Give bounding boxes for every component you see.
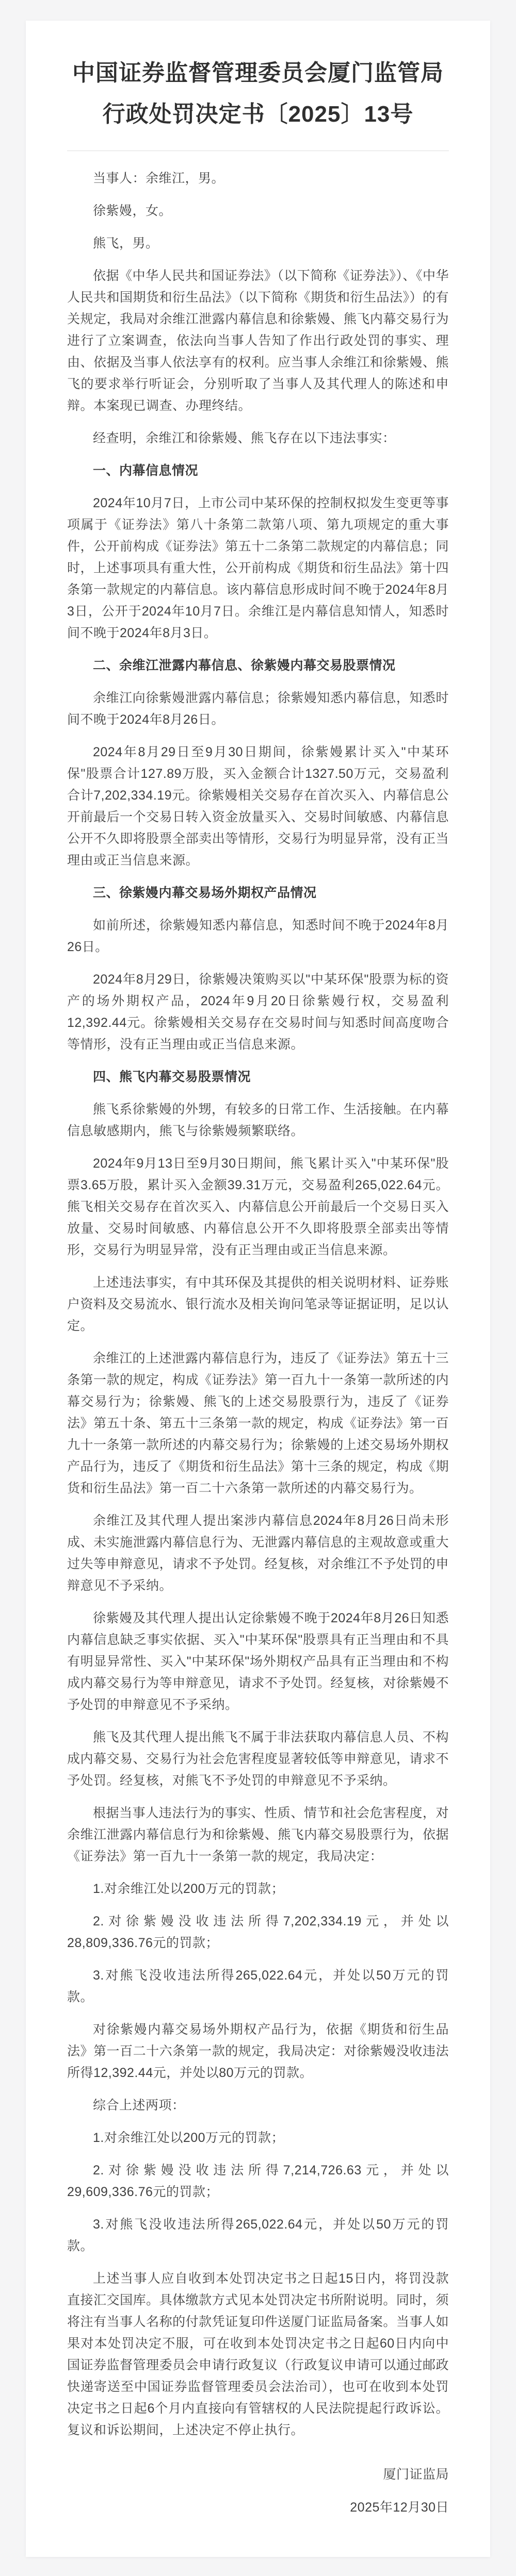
paragraph: 熊飞系徐紫嫚的外甥，有较多的日常工作、生活接触。在内幕信息敏感期内，熊飞与徐紫嫚…	[67, 1099, 449, 1142]
paragraph: 综合上述两项：	[67, 2095, 449, 2116]
paragraph: 徐紫嫚及其代理人提出认定徐紫嫚不晚于2024年8月26日知悉内幕信息缺乏事实依据…	[67, 1607, 449, 1716]
section-heading: 一、内幕信息情况	[67, 460, 449, 481]
paragraph: 对徐紫嫚内幕交易场外期权产品行为，依据《期货和衍生品法》第一百二十六条第一款的规…	[67, 2019, 449, 2084]
paragraph: 余维江的上述泄露内幕信息行为，违反了《证券法》第五十三条第一款的规定，构成《证券…	[67, 1348, 449, 1499]
section-heading: 四、熊飞内幕交易股票情况	[67, 1066, 449, 1088]
paragraph: 上述当事人应自收到本处罚决定书之日起15日内，将罚没款直接汇交国库。具体缴款方式…	[67, 2268, 449, 2441]
paragraph: 当事人：余维江，男。	[67, 168, 449, 189]
paragraph: 根据当事人违法行为的事实、性质、情节和社会危害程度，对余维江泄露内幕信息行为和徐…	[67, 1802, 449, 1867]
document-body: 当事人：余维江，男。徐紫嫚，女。熊飞，男。依据《中华人民共和国证券法》（以下简称…	[67, 168, 449, 2441]
issuer-signature: 厦门证监局	[67, 2464, 449, 2485]
paragraph: 2024年8月29日至9月30日期间，徐紫嫚累计买入"中某环保"股票合计127.…	[67, 741, 449, 871]
document-title: 中国证券监督管理委员会厦门监管局 行政处罚决定书〔2025〕13号	[67, 53, 449, 135]
paragraph: 3.对熊飞没收违法所得265,022.64元，并处以50万元的罚款。	[67, 2214, 449, 2257]
paragraph: 3.对熊飞没收违法所得265,022.64元，并处以50万元的罚款。	[67, 1965, 449, 2008]
paragraph: 余维江及其代理人提出案涉内幕信息2024年8月26日尚未形成、未实施泄露内幕信息…	[67, 1510, 449, 1597]
paragraph: 如前所述，徐紫嫚知悉内幕信息，知悉时间不晚于2024年8月26日。	[67, 915, 449, 958]
paragraph: 2024年8月29日，徐紫嫚决策购买以"中某环保"股票为标的资产的场外期权产品，…	[67, 969, 449, 1055]
document-date: 2025年12月30日	[67, 2497, 449, 2518]
paragraph: 余维江向徐紫嫚泄露内幕信息；徐紫嫚知悉内幕信息，知悉时间不晚于2024年8月26…	[67, 687, 449, 730]
paragraph: 2024年10月7日，上市公司中某环保的控制权拟发生变更等事项属于《证券法》第八…	[67, 492, 449, 644]
section-heading: 三、徐紫嫚内幕交易场外期权产品情况	[67, 882, 449, 904]
paragraph: 依据《中华人民共和国证券法》（以下简称《证券法》）、《中华人民共和国期货和衍生品…	[67, 265, 449, 417]
paragraph: 熊飞及其代理人提出熊飞不属于非法获取内幕信息人员、不构成内幕交易、交易行为社会危…	[67, 1726, 449, 1791]
paragraph: 1.对余维江处以200万元的罚款；	[67, 1878, 449, 1900]
paragraph: 2.对徐紫嫚没收违法所得7,202,334.19元，并处以28,809,336.…	[67, 1910, 449, 1954]
document-card: 中国证券监督管理委员会厦门监管局 行政处罚决定书〔2025〕13号 当事人：余维…	[26, 21, 490, 2557]
title-divider	[67, 151, 449, 151]
paragraph: 2.对徐紫嫚没收违法所得7,214,726.63元，并处以29,609,336.…	[67, 2159, 449, 2203]
paragraph: 上述违法事实，有中其环保及其提供的相关说明材料、证券账户资料及交易流水、银行流水…	[67, 1272, 449, 1337]
section-heading: 二、余维江泄露内幕信息、徐紫嫚内幕交易股票情况	[67, 655, 449, 676]
paragraph: 1.对余维江处以200万元的罚款；	[67, 2127, 449, 2149]
paragraph: 徐紫嫚，女。	[67, 200, 449, 222]
paragraph: 熊飞，男。	[67, 232, 449, 254]
document-title-line1: 中国证券监督管理委员会厦门监管局	[72, 60, 444, 86]
paragraph: 2024年9月13日至9月30日期间，熊飞累计买入"中某环保"股票3.65万股，…	[67, 1153, 449, 1261]
paragraph: 经查明，余维江和徐紫嫚、熊飞存在以下违法事实：	[67, 427, 449, 449]
document-title-line2: 行政处罚决定书〔2025〕13号	[103, 102, 414, 127]
page-background: { "page": { "background_color": "#f5f5f6…	[0, 21, 516, 2576]
document-footer: 厦门证监局 2025年12月30日	[67, 2464, 449, 2518]
